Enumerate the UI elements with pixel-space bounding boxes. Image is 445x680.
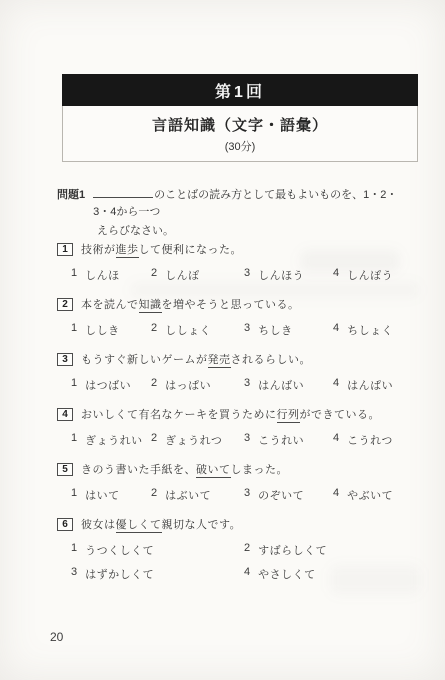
option: 4やさしくて bbox=[244, 566, 316, 582]
section-title: 言語知識（文字・語彙） bbox=[152, 114, 328, 135]
option-text: しんほう bbox=[258, 267, 304, 283]
option: 1うつくしくて bbox=[71, 542, 244, 558]
round-banner: 第1回 bbox=[62, 74, 418, 106]
option-number: 1 bbox=[71, 432, 77, 448]
question-text: もうすぐ新しいゲームが発売されるらしい。 bbox=[81, 351, 311, 367]
option-number: 4 bbox=[333, 322, 339, 338]
question-2: 2 本を読んで知識を増やそうと思っている。 1ししき 2ししょく 3ちしき 4ち… bbox=[57, 296, 407, 338]
stem-target: 発売 bbox=[208, 354, 231, 368]
option: 3はずかしくて bbox=[71, 566, 244, 582]
option-text: すばらしくて bbox=[258, 542, 327, 558]
option-text: やさしくて bbox=[258, 566, 316, 582]
option: 2しんぽ bbox=[151, 267, 244, 283]
option: 4こうれつ bbox=[333, 432, 393, 448]
blank-underline bbox=[93, 187, 153, 198]
option: 4ちしょく bbox=[333, 322, 393, 338]
option-text: しんぽう bbox=[347, 267, 393, 283]
option-number: 2 bbox=[244, 542, 250, 558]
instruction-text: のことばの読み方として最もよいものを、1・2・3・4から一つ bbox=[93, 187, 402, 221]
option-number: 1 bbox=[71, 377, 77, 393]
option-text: ぎょうれつ bbox=[165, 432, 222, 448]
option: 3こうれい bbox=[244, 432, 333, 448]
option: 1しんほ bbox=[71, 267, 151, 283]
question-2-options: 1ししき 2ししょく 3ちしき 4ちしょく bbox=[57, 322, 407, 338]
stem-pre: もうすぐ新しいゲームが bbox=[81, 354, 208, 366]
option-number: 2 bbox=[151, 267, 157, 283]
option: 3ちしき bbox=[244, 322, 333, 338]
question-1-stem: 1 技術が進歩して便利になった。 bbox=[57, 241, 407, 257]
option-number: 4 bbox=[333, 377, 339, 393]
option-number: 4 bbox=[333, 487, 339, 503]
stem-target: 知識 bbox=[139, 299, 162, 313]
option-text: ちしき bbox=[258, 322, 293, 338]
question-number-box: 2 bbox=[57, 298, 73, 311]
question-6-options-row-2: 3はずかしくて 4やさしくて bbox=[57, 566, 407, 582]
option-text: ししょく bbox=[165, 322, 211, 338]
question-4-stem: 4 おいしくて有名なケーキを買うために行列ができている。 bbox=[57, 406, 407, 422]
option-text: ししき bbox=[85, 322, 120, 338]
stem-post: ができている。 bbox=[300, 409, 381, 421]
section-duration: (30分) bbox=[225, 138, 256, 154]
stem-pre: 技術が bbox=[81, 244, 116, 256]
question-3-options: 1はつばい 2はっぱい 3はんばい 4はんぱい bbox=[57, 377, 407, 393]
question-3: 3 もうすぐ新しいゲームが発売されるらしい。 1はつばい 2はっぱい 3はんばい… bbox=[57, 351, 407, 393]
option-text: はいて bbox=[85, 487, 120, 503]
question-1-options: 1しんほ 2しんぽ 3しんほう 4しんぽう bbox=[57, 267, 407, 283]
question-5: 5 きのう書いた手紙を、破いてしまった。 1はいて 2はぶいて 3のぞいて 4や… bbox=[57, 461, 407, 503]
option-text: こうれい bbox=[258, 432, 304, 448]
option-text: うつくしくて bbox=[85, 542, 154, 558]
question-number-box: 5 bbox=[57, 463, 73, 476]
option: 1はいて bbox=[71, 487, 151, 503]
option-text: はずかしくて bbox=[85, 566, 154, 582]
instruction-line-2: えらびなさい。 bbox=[97, 223, 402, 240]
option-number: 4 bbox=[333, 267, 339, 283]
question-number-box: 4 bbox=[57, 408, 73, 421]
option-number: 2 bbox=[151, 487, 157, 503]
option-text: しんほ bbox=[85, 267, 120, 283]
stem-pre: 本を読んで bbox=[81, 299, 139, 311]
option: 4はんぱい bbox=[333, 377, 393, 393]
stem-target: 進歩 bbox=[116, 244, 139, 258]
option-number: 3 bbox=[71, 566, 77, 582]
option: 4やぶいて bbox=[333, 487, 393, 503]
option-text: こうれつ bbox=[347, 432, 393, 448]
option-text: はっぱい bbox=[165, 377, 211, 393]
stem-post: しまった。 bbox=[231, 464, 289, 476]
option-number: 3 bbox=[244, 487, 250, 503]
option-number: 3 bbox=[244, 322, 250, 338]
option-text: はぶいて bbox=[165, 487, 211, 503]
option-text: のぞいて bbox=[258, 487, 304, 503]
question-text: きのう書いた手紙を、破いてしまった。 bbox=[81, 461, 288, 477]
option-number: 1 bbox=[71, 267, 77, 283]
question-text: おいしくて有名なケーキを買うために行列ができている。 bbox=[81, 406, 380, 422]
instruction-line-1: 問題1 のことばの読み方として最もよいものを、1・2・3・4から一つ bbox=[57, 187, 402, 221]
question-6: 6 彼女は優しくて親切な人です。 1うつくしくて 2すばらしくて 3はずかしくて… bbox=[57, 516, 407, 582]
option: 1ぎょうれい bbox=[71, 432, 151, 448]
question-5-stem: 5 きのう書いた手紙を、破いてしまった。 bbox=[57, 461, 407, 477]
question-number-box: 3 bbox=[57, 353, 73, 366]
question-text: 本を読んで知識を増やそうと思っている。 bbox=[81, 296, 300, 312]
option-number: 4 bbox=[244, 566, 250, 582]
question-number-box: 6 bbox=[57, 518, 73, 531]
stem-pre: きのう書いた手紙を、 bbox=[81, 464, 196, 476]
option: 3はんばい bbox=[244, 377, 333, 393]
option: 3のぞいて bbox=[244, 487, 333, 503]
problem-label: 問題1 bbox=[57, 187, 85, 221]
stem-post: を増やそうと思っている。 bbox=[162, 299, 300, 311]
option: 2ぎょうれつ bbox=[151, 432, 244, 448]
option-number: 1 bbox=[71, 542, 77, 558]
stem-post: 親切な人です。 bbox=[162, 519, 242, 531]
option-text: しんぽ bbox=[165, 267, 200, 283]
option-text: ちしょく bbox=[347, 322, 393, 338]
stem-target: 破いて bbox=[196, 464, 231, 478]
stem-pre: 彼女は bbox=[81, 519, 116, 531]
option: 1ししき bbox=[71, 322, 151, 338]
option-number: 2 bbox=[151, 432, 157, 448]
option-number: 4 bbox=[333, 432, 339, 448]
stem-post: されるらしい。 bbox=[231, 354, 312, 366]
stem-pre: おいしくて有名なケーキを買うために bbox=[81, 409, 277, 421]
page-number: 20 bbox=[50, 630, 63, 644]
option-text: はんばい bbox=[258, 377, 304, 393]
problem-instructions: 問題1 のことばの読み方として最もよいものを、1・2・3・4から一つ えらびなさ… bbox=[57, 187, 402, 240]
option-text: やぶいて bbox=[347, 487, 393, 503]
question-3-stem: 3 もうすぐ新しいゲームが発売されるらしい。 bbox=[57, 351, 407, 367]
question-6-options-row-1: 1うつくしくて 2すばらしくて bbox=[57, 542, 407, 558]
option: 2はっぱい bbox=[151, 377, 244, 393]
question-2-stem: 2 本を読んで知識を増やそうと思っている。 bbox=[57, 296, 407, 312]
stem-target: 行列 bbox=[277, 409, 300, 423]
option: 4しんぽう bbox=[333, 267, 393, 283]
option: 1はつばい bbox=[71, 377, 151, 393]
option-number: 2 bbox=[151, 377, 157, 393]
question-text: 彼女は優しくて親切な人です。 bbox=[81, 516, 241, 532]
question-4: 4 おいしくて有名なケーキを買うために行列ができている。 1ぎょうれい 2ぎょう… bbox=[57, 406, 407, 448]
option: 2すばらしくて bbox=[244, 542, 327, 558]
option-number: 2 bbox=[151, 322, 157, 338]
question-1: 1 技術が進歩して便利になった。 1しんほ 2しんぽ 3しんほう 4しんぽう bbox=[57, 241, 407, 283]
option-number: 3 bbox=[244, 267, 250, 283]
question-text: 技術が進歩して便利になった。 bbox=[81, 241, 242, 257]
option-text: はつばい bbox=[85, 377, 131, 393]
test-page: 第1回 言語知識（文字・語彙） (30分) 問題1 のことばの読み方として最もよ… bbox=[0, 0, 445, 680]
option-number: 3 bbox=[244, 432, 250, 448]
option: 2はぶいて bbox=[151, 487, 244, 503]
option: 2ししょく bbox=[151, 322, 244, 338]
question-number-box: 1 bbox=[57, 243, 73, 256]
question-4-options: 1ぎょうれい 2ぎょうれつ 3こうれい 4こうれつ bbox=[57, 432, 407, 448]
option-number: 1 bbox=[71, 322, 77, 338]
question-6-stem: 6 彼女は優しくて親切な人です。 bbox=[57, 516, 407, 532]
option-number: 3 bbox=[244, 377, 250, 393]
stem-post: して便利になった。 bbox=[139, 244, 243, 256]
option: 3しんほう bbox=[244, 267, 333, 283]
option-number: 1 bbox=[71, 487, 77, 503]
stem-target: 優しくて bbox=[116, 519, 162, 533]
round-title: 第1回 bbox=[215, 79, 265, 102]
option-text: はんぱい bbox=[347, 377, 393, 393]
question-5-options: 1はいて 2はぶいて 3のぞいて 4やぶいて bbox=[57, 487, 407, 503]
section-title-box: 言語知識（文字・語彙） (30分) bbox=[62, 106, 418, 162]
option-text: ぎょうれい bbox=[85, 432, 143, 448]
